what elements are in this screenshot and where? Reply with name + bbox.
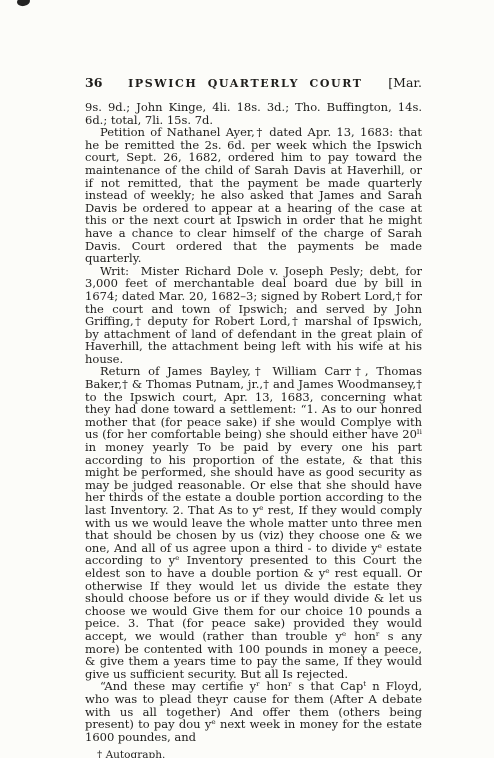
- running-title: IPSWICH QUARTERLY COURT: [102, 77, 388, 90]
- paragraph: Petition of Nathanel Ayer,† dated Apr. 1…: [85, 126, 422, 265]
- book-page: 36 IPSWICH QUARTERLY COURT [Mar. 9s. 9d.…: [0, 0, 494, 758]
- scan-artifact: [16, 0, 30, 7]
- footnote: † Autograph.: [85, 749, 422, 758]
- paragraph: Return of James Bayley,† William Carr†, …: [85, 365, 422, 680]
- paragraph: “And these may certifie yʳ honʳ s that C…: [85, 680, 422, 743]
- page-body: 9s. 9d.; John Kinge, 4li. 18s. 3d.; Tho.…: [85, 101, 422, 743]
- page-number: 36: [85, 76, 102, 89]
- month-marker: [Mar.: [388, 76, 422, 89]
- running-header: 36 IPSWICH QUARTERLY COURT [Mar.: [85, 76, 422, 90]
- paragraph: Writ: Mister Richard Dole v. Joseph Pesl…: [85, 265, 422, 366]
- page-content: 36 IPSWICH QUARTERLY COURT [Mar. 9s. 9d.…: [85, 76, 422, 758]
- paragraph: 9s. 9d.; John Kinge, 4li. 18s. 3d.; Tho.…: [85, 101, 422, 126]
